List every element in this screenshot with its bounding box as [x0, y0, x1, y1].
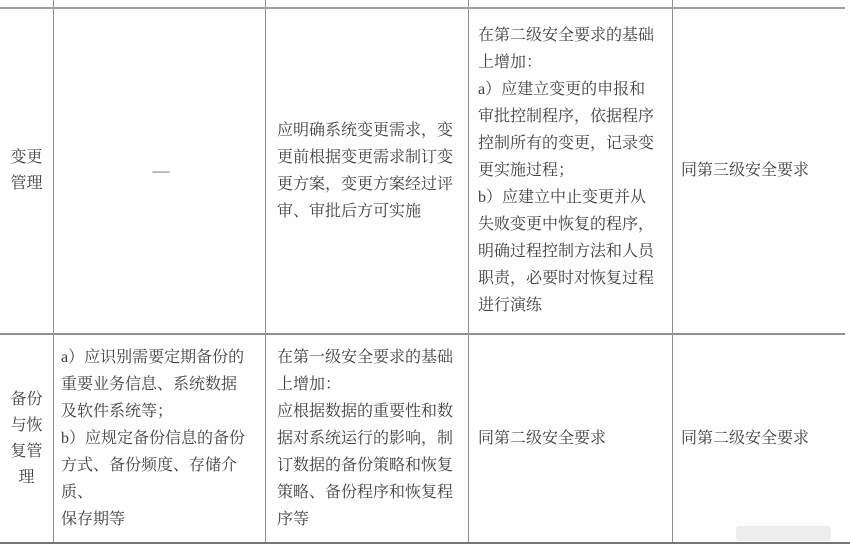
scan-shadow-artifact	[736, 526, 831, 541]
cell-change-management-level1: —	[54, 8, 265, 333]
cell-backup-recovery-level4: 同第二级安全要求	[673, 335, 850, 542]
cell-backup-recovery-level3: 同第二级安全要求	[469, 335, 672, 542]
cell-change-management-level2: 应明确系统变更需求，变 更前根据变更需求制订变 更方案，变更方案经过评 审、审批…	[266, 8, 468, 333]
cell-backup-recovery-category: 备份 与恢 复管 理	[0, 335, 53, 542]
cell-change-management-level3: 在第二级安全要求的基础 上增加： a）应建立变更的申报和 审批控制程序，依据程序…	[469, 8, 672, 333]
cell-change-management-level4: 同第三级安全要求	[673, 8, 850, 333]
cell-backup-recovery-level1: a）应识别需要定期备份的 重要业务信息、系统数据 及软件系统等； b）应规定备份…	[54, 335, 265, 542]
cell-change-management-category: 变更 管理	[0, 8, 53, 333]
table-horizontal-border-bottom	[0, 542, 850, 544]
scanned-document-page: 变更 管理 — 应明确系统变更需求，变 更前根据变更需求制订变 更方案，变更方案…	[0, 0, 850, 554]
cell-backup-recovery-level2: 在第一级安全要求的基础 上增加： 应根据数据的重要性和数 据对系统运行的影响，制…	[266, 335, 468, 542]
